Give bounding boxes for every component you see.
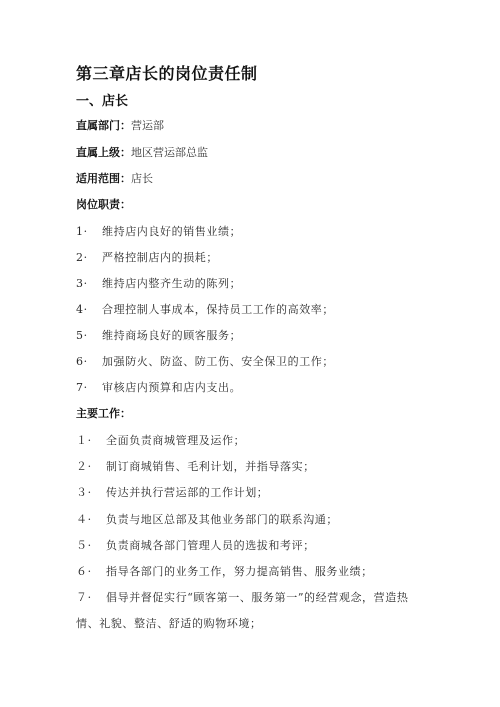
item-number: １· xyxy=(76,435,106,446)
item-number: 7· xyxy=(76,382,102,393)
field-label: 直属部门： xyxy=(76,119,131,132)
item-text: 倡导并督促实行“顾客第一、服务第一”的经营观念，营造热 xyxy=(106,591,408,604)
item-number: 4· xyxy=(76,304,102,315)
duty-item: 1·维持店内良好的销售业绩； xyxy=(76,226,241,237)
field-value: 地区营运部总监 xyxy=(131,146,208,159)
field-label: 直属上级： xyxy=(76,146,131,159)
item-number: ６· xyxy=(76,566,106,577)
work-item: ６·指导各部门的业务工作，努力提高销售、服务业绩； xyxy=(76,566,373,577)
item-text: 合理控制人事成本，保持员工工作的高效率； xyxy=(102,303,334,316)
work-item: １·全面负责商城管理及运作； xyxy=(76,435,245,446)
work-heading: 主要工作： xyxy=(76,408,131,419)
duties-heading: 岗位职责： xyxy=(76,199,131,210)
item-number: 5· xyxy=(76,330,102,341)
item-text: 严格控制店内的损耗； xyxy=(102,251,218,264)
item-text: 指导各部门的业务工作，努力提高销售、服务业绩； xyxy=(106,565,373,578)
field-label: 适用范围： xyxy=(76,172,131,185)
item-number: ２· xyxy=(76,461,106,472)
duty-item: 4·合理控制人事成本，保持员工工作的高效率； xyxy=(76,304,334,315)
item-text: 加强防火、防盗、防工伤、安全保卫的工作； xyxy=(102,355,334,368)
duty-item: 7·审核店内预算和店内支出。 xyxy=(76,382,241,393)
item-number: 2· xyxy=(76,252,102,263)
chapter-title: 第三章店长的岗位责任制 xyxy=(76,66,258,82)
item-text: 维持商场良好的顾客服务； xyxy=(102,329,241,342)
field-supervisor: 直属上级：地区营运部总监 xyxy=(76,147,208,158)
duty-item: 2·严格控制店内的损耗； xyxy=(76,252,218,263)
item-number: ３· xyxy=(76,487,106,498)
item-number: 6· xyxy=(76,356,102,367)
work-item: ５·负责商城各部门管理人员的选拔和考评； xyxy=(76,540,315,551)
item-number: ７· xyxy=(76,592,106,603)
duty-item: 6·加强防火、防盗、防工伤、安全保卫的工作； xyxy=(76,356,334,367)
work-item: ７·倡导并督促实行“顾客第一、服务第一”的经营观念，营造热 xyxy=(76,592,408,603)
duty-item: 5·维持商场良好的顾客服务； xyxy=(76,330,241,341)
item-text: 审核店内预算和店内支出。 xyxy=(102,381,241,394)
field-value: 营运部 xyxy=(131,119,164,132)
work-item: ４·负责与地区总部及其他业务部门的联系沟通； xyxy=(76,514,338,525)
item-text: 维持店内良好的销售业绩； xyxy=(102,225,241,238)
section-heading: 一、店长 xyxy=(76,95,128,108)
item-text: 负责与地区总部及其他业务部门的联系沟通； xyxy=(106,513,338,526)
field-value: 店长 xyxy=(131,172,153,185)
item-text: 全面负责商城管理及运作； xyxy=(106,434,245,447)
duty-item: 3·维持店内整齐生动的陈列； xyxy=(76,278,241,289)
item-number: ５· xyxy=(76,540,106,551)
item-number: ４· xyxy=(76,514,106,525)
field-department: 直属部门：营运部 xyxy=(76,120,164,131)
work-item-continuation: 情、礼貌、整洁、舒适的购物环境； xyxy=(76,618,262,629)
item-text: 制订商城销售、毛利计划，并指导落实； xyxy=(106,460,315,473)
document-page: 第三章店长的岗位责任制 一、店长 直属部门：营运部 直属上级：地区营运部总监 适… xyxy=(0,0,500,707)
item-text: 传达并执行营运部的工作计划； xyxy=(106,486,268,499)
field-scope: 适用范围：店长 xyxy=(76,173,153,184)
item-number: 3· xyxy=(76,278,102,289)
item-number: 1· xyxy=(76,226,102,237)
item-text: 维持店内整齐生动的陈列； xyxy=(102,277,241,290)
item-text: 负责商城各部门管理人员的选拔和考评； xyxy=(106,539,315,552)
work-item: ２·制订商城销售、毛利计划，并指导落实； xyxy=(76,461,315,472)
work-item: ３·传达并执行营运部的工作计划； xyxy=(76,487,268,498)
